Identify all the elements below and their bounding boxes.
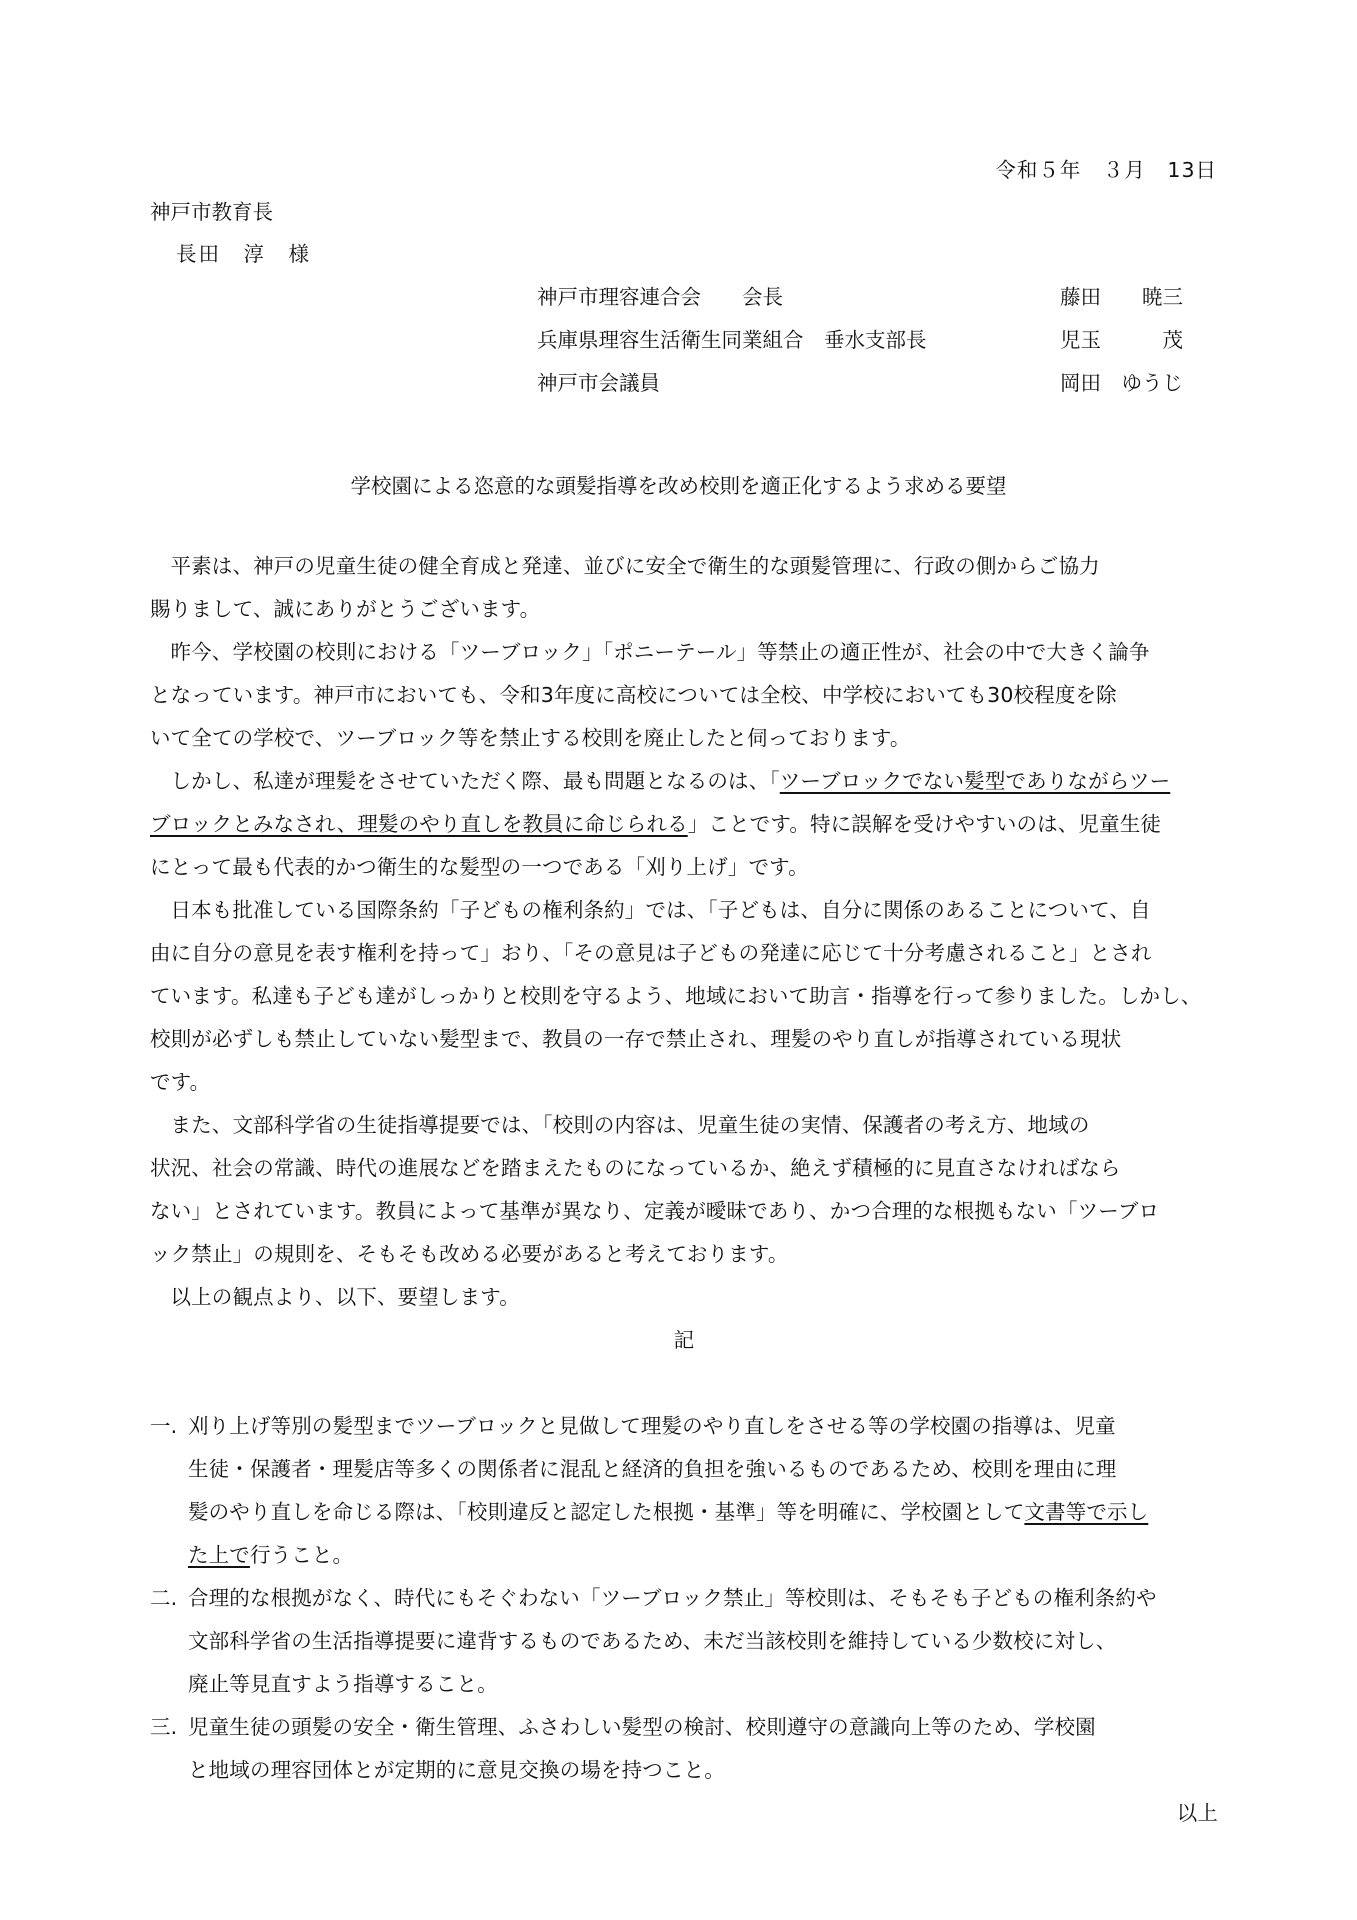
- underlined-text: ブロックとみなされ、理髪のやり直しを教員に命じられる: [150, 812, 688, 836]
- body-line: となっています。神戸市においても、令和3年度に高校については全校、中学校において…: [150, 674, 1218, 717]
- underlined-text: た上で: [188, 1543, 250, 1567]
- closing-mark: 以上: [150, 1792, 1218, 1835]
- document-title: 学校園による恣意的な頭髪指導を改め校則を適正化するよう求める要望: [0, 472, 1357, 500]
- sender-org-2: 兵庫県理容生活衛生同業組合 垂水支部長: [537, 326, 927, 354]
- request-item-3: 三.児童生徒の頭髪の安全・衛生管理、ふさわしい髪型の検討、校則遵守の意識向上等の…: [150, 1706, 1218, 1749]
- document-body: 平素は、神戸の児童生徒の健全育成と発達、並びに安全で衛生的な頭髪管理に、行政の側…: [150, 545, 1218, 1835]
- body-text: 」ことです。特に誤解を受けやすいのは、児童生徒: [688, 812, 1161, 836]
- sender-name-2: 児玉 茂: [1060, 326, 1183, 354]
- request-line: 廃止等見直すよう指導すること。: [150, 1663, 1218, 1706]
- request-item-2: 二.合理的な根拠がなく、時代にもそぐわない「ツーブロック禁止」等校則は、そもそも…: [150, 1577, 1218, 1620]
- body-line: 日本も批准している国際条約「子どもの権利条約」では、「子どもは、自分に関係のある…: [150, 889, 1218, 932]
- body-line: 昨今、学校園の校則における「ツーブロック」「ポニーテール」等禁止の適正性が、社会…: [150, 631, 1218, 674]
- body-text: しかし、私達が理髪をさせていただく際、最も問題となるのは、「: [171, 769, 780, 793]
- underlined-text: ツーブロックでない髪型でありながらツー: [780, 769, 1171, 793]
- item-number: 三.: [150, 1706, 188, 1749]
- body-line: ない」とされています。教員によって基準が異なり、定義が曖昧であり、かつ合理的な根…: [150, 1190, 1218, 1233]
- request-line: た上で行うこと。: [150, 1534, 1218, 1577]
- underlined-text: 文書等で示し: [1024, 1500, 1148, 1524]
- body-line: 平素は、神戸の児童生徒の健全育成と発達、並びに安全で衛生的な頭髪管理に、行政の側…: [150, 545, 1218, 588]
- addressee-title: 神戸市教育長: [150, 198, 273, 226]
- sender-name-1: 藤田 暁三: [1060, 283, 1183, 311]
- body-line: 以上の観点より、以下、要望します。: [150, 1276, 1218, 1319]
- spacer: [150, 1362, 1218, 1405]
- body-line: また、文部科学省の生徒指導提要では、「校則の内容は、児童生徒の実情、保護者の考え…: [150, 1104, 1218, 1147]
- body-line: ック禁止」の規則を、そもそも改める必要があると考えております。: [150, 1233, 1218, 1276]
- request-line: 生徒・保護者・理髪店等多くの関係者に混乱と経済的負担を強いるものであるため、校則…: [150, 1448, 1218, 1491]
- item-text: 合理的な根拠がなく、時代にもそぐわない「ツーブロック禁止」等校則は、そもそも子ど…: [188, 1586, 1157, 1610]
- item-text: 行うこと。: [250, 1543, 353, 1567]
- body-line: ブロックとみなされ、理髪のやり直しを教員に命じられる」ことです。特に誤解を受けや…: [150, 803, 1218, 846]
- body-line: いて全ての学校で、ツーブロック等を禁止する校則を廃止したと伺っております。: [150, 717, 1218, 760]
- body-line: 校則が必ずしも禁止していない髪型まで、教員の一存で禁止され、理髪のやり直しが指導…: [150, 1018, 1218, 1061]
- item-text: 髪のやり直しを命じる際は、「校則違反と認定した根拠・基準」等を明確に、学校園とし…: [188, 1500, 1024, 1524]
- sender-org-3: 神戸市会議員: [537, 369, 660, 397]
- body-line: です。: [150, 1061, 1218, 1104]
- item-number: 一.: [150, 1405, 188, 1448]
- document-page: 令和５年 ３月 13日 神戸市教育長 長田 淳 様 神戸市理容連合会 会長 藤田…: [0, 0, 1357, 1920]
- request-item-1: 一.刈り上げ等別の髪型までツーブロックと見做して理髪のやり直しをさせる等の学校園…: [150, 1405, 1218, 1448]
- body-line: しかし、私達が理髪をさせていただく際、最も問題となるのは、「ツーブロックでない髪…: [150, 760, 1218, 803]
- item-number: 二.: [150, 1577, 188, 1620]
- item-text: 刈り上げ等別の髪型までツーブロックと見做して理髪のやり直しをさせる等の学校園の指…: [188, 1414, 1116, 1438]
- document-date: 令和５年 ３月 13日: [995, 156, 1217, 184]
- sender-name-3: 岡田 ゆうじ: [1060, 369, 1183, 397]
- addressee-name: 長田 淳 様: [176, 240, 311, 268]
- item-text: 児童生徒の頭髪の安全・衛生管理、ふさわしい髪型の検討、校則遵守の意識向上等のため…: [188, 1715, 1096, 1739]
- body-line: 状況、社会の常識、時代の進展などを踏まえたものになっているか、絶えず積極的に見直…: [150, 1147, 1218, 1190]
- sender-org-1: 神戸市理容連合会 会長: [537, 283, 783, 311]
- body-line: 賜りまして、誠にありがとうございます。: [150, 588, 1218, 631]
- request-line: 髪のやり直しを命じる際は、「校則違反と認定した根拠・基準」等を明確に、学校園とし…: [150, 1491, 1218, 1534]
- body-line: 由に自分の意見を表す権利を持って」おり、「その意見は子どもの発達に応じて十分考慮…: [150, 932, 1218, 975]
- body-line: ています。私達も子ども達がしっかりと校則を守るよう、地域において助言・指導を行っ…: [150, 975, 1218, 1018]
- ki-heading: 記: [150, 1319, 1218, 1362]
- body-line: にとって最も代表的かつ衛生的な髪型の一つである「刈り上げ」です。: [150, 846, 1218, 889]
- request-line: 文部科学省の生活指導提要に違背するものであるため、未だ当該校則を維持している少数…: [150, 1620, 1218, 1663]
- request-line: と地域の理容団体とが定期的に意見交換の場を持つこと。: [150, 1749, 1218, 1792]
